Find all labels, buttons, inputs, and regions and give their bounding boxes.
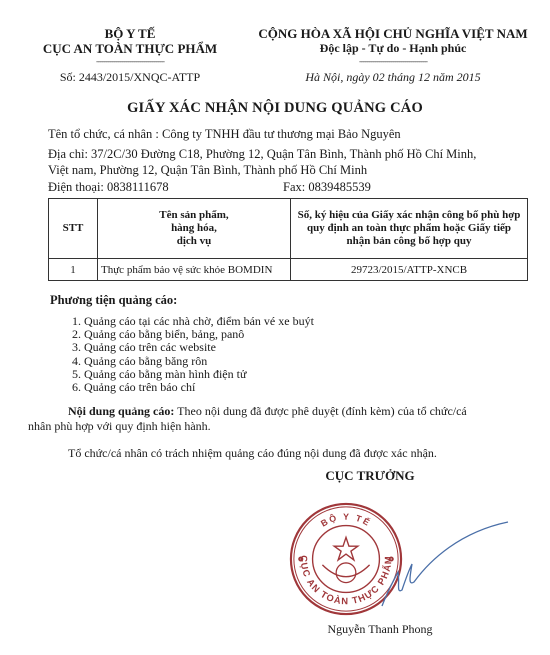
media-list: 1. Quảng cáo tại các nhà chờ, điểm bán v… [72,315,314,394]
applicant-fax: Fax: 0839485539 [283,180,371,195]
media-heading: Phương tiện quảng cáo: [50,293,177,308]
header-stt: STT [49,199,98,259]
issuer-header: BỘ Y TẾ CỤC AN TOÀN THỰC PHẨM ----------… [20,26,240,66]
applicant-address-line2: Việt nam, Phường 12, Quận Tân Bình, Thàn… [48,163,367,178]
ministry-name: BỘ Y TẾ [20,26,240,41]
content-text-line2: nhân phù hợp với quy định hiện hành. [28,419,211,434]
applicant-phone: Điện thoại: 0838111678 [48,180,169,195]
signatory-title: CỤC TRƯỞNG [290,468,450,484]
cell-certificate: 29723/2015/ATTP-XNCB [291,259,528,281]
cell-stt: 1 [49,259,98,281]
header-certificate: Số, ký hiệu của Giấy xác nhận công bố ph… [291,199,528,259]
separator-left: ---------------------------------- [20,56,240,66]
table-row: 1Thực phẩm bảo vệ sức khỏe BOMDIN29723/2… [49,259,528,281]
country-name: CỘNG HÒA XÃ HỘI CHỦ NGHĨA VIỆT NAM [248,26,538,41]
handwritten-signature-icon [380,520,510,610]
advertising-confirmation-document: BỘ Y TẾ CỤC AN TOÀN THỰC PHẨM ----------… [0,0,550,655]
reference-number: Số: 2443/2015/XNQC-ATTP [20,70,240,85]
header-product-name-text: Tên sản phẩm,hàng hóa,dịch vụ [159,209,228,247]
media-item: 6. Quảng cáo trên báo chí [72,381,314,394]
header-product-name: Tên sản phẩm,hàng hóa,dịch vụ [98,199,291,259]
responsibility-statement: Tổ chức/cá nhân có trách nhiệm quảng cáo… [48,446,528,461]
date-place: Hà Nội, ngày 02 tháng 12 năm 2015 [248,70,538,85]
content-text-line1: Theo nội dung đã được phê duyệt (đính kè… [174,404,466,418]
media-item: 4. Quảng cáo bằng băng rôn [72,355,314,368]
media-item: 3. Quảng cáo trên các website [72,341,314,354]
content-paragraph: Nội dung quảng cáo: Theo nội dung đã đượ… [48,404,528,434]
agency-name: CỤC AN TOÀN THỰC PHẨM [20,41,240,56]
national-motto: Độc lập - Tự do - Hạnh phúc [248,41,538,56]
content-label: Nội dung quảng cáo: [68,404,174,418]
applicant-address-line1: Địa chỉ: 37/2C/30 Đường C18, Phường 12, … [48,147,476,162]
signer-name: Nguyễn Thanh Phong [300,622,460,637]
applicant-name: Tên tổ chức, cá nhân : Công ty TNHH đầu … [48,127,401,142]
document-title: GIẤY XÁC NHẬN NỘI DUNG QUẢNG CÁO [0,100,550,117]
cell-product: Thực phẩm bảo vệ sức khỏe BOMDIN [98,259,291,281]
separator-right: ---------------------------------- [248,56,538,66]
national-header: CỘNG HÒA XÃ HỘI CHỦ NGHĨA VIỆT NAM Độc l… [248,26,538,66]
product-table: STT Tên sản phẩm,hàng hóa,dịch vụ Số, ký… [48,198,528,281]
